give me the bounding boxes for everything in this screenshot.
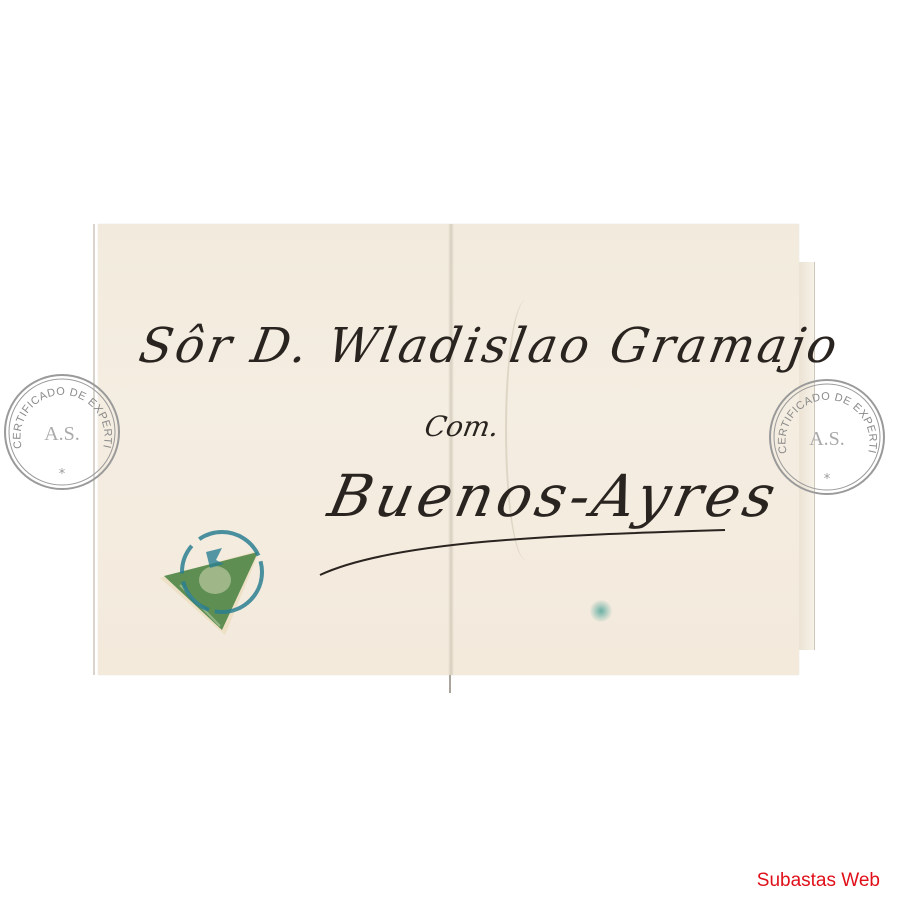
underline-flourish — [315, 520, 735, 580]
certificate-initials-right: A.S. — [809, 428, 845, 450]
address-line-title: Com. — [422, 410, 502, 443]
star-icon: * — [59, 467, 66, 482]
star-icon: * — [824, 472, 831, 487]
certificate-initials-left: A.S. — [44, 423, 80, 445]
certificate-seal-right: CERTIFICADO DE EXPERTIZACION A.S. * — [765, 375, 890, 500]
certificate-seal-left: CERTIFICADO DE EXPERTIZACION A.S. * — [0, 370, 125, 495]
bisected-stamp — [150, 530, 290, 640]
ink-spot — [590, 600, 612, 622]
center-fold — [448, 224, 454, 675]
fold-tail — [449, 675, 451, 693]
brand-watermark: Subastas Web — [757, 870, 880, 892]
address-line-recipient: Sôr D. Wladislao Gramajo — [135, 318, 844, 374]
